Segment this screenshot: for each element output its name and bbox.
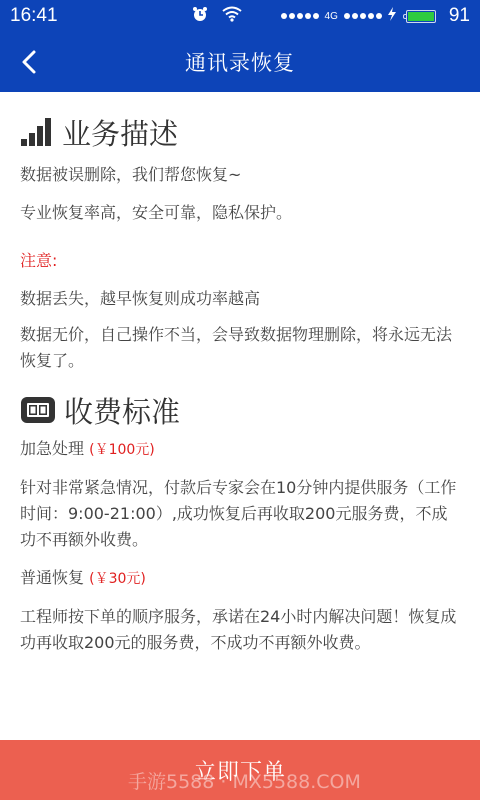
page-title: 通讯录恢复 (185, 47, 295, 77)
plan-name: 普通恢复 (20, 568, 84, 587)
content: 业务描述 数据被误删除，我们帮您恢复~ 专业恢复率高，安全可靠，隐私保护。 注意… (0, 92, 480, 656)
wifi-icon (222, 6, 242, 27)
plan-description: 针对非常紧急情况，付款后专家会在10分钟内提供服务（工作时间：9:00-21:0… (20, 475, 460, 553)
signal-dots-icon (344, 13, 382, 19)
chevron-left-icon (16, 46, 46, 78)
plan-price: (￥100元) (89, 442, 155, 458)
charging-icon (387, 7, 397, 26)
plan-name: 加急处理 (20, 439, 84, 458)
order-now-button[interactable]: 立即下单 (0, 740, 480, 800)
notice-label: 注意: (20, 248, 460, 274)
battery-level: 91 (449, 5, 470, 27)
business-line: 数据被误删除，我们帮您恢复~ (20, 162, 460, 188)
section-title-text: 业务描述 (62, 112, 178, 153)
section-title-business: 业务描述 (20, 110, 460, 154)
card-icon (20, 395, 56, 425)
order-now-label: 立即下单 (194, 755, 286, 786)
notice-line: 数据无价，自己操作不当，会导致数据物理删除，将永远无法恢复了。 (20, 322, 460, 374)
section-title-fees: 收费标准 (20, 388, 460, 432)
status-bar: 16:41 4G 91 (0, 0, 480, 32)
nav-bar: 通讯录恢复 (0, 32, 480, 92)
plan-description: 工程师按下单的顺序服务，承诺在24小时内解决问题！恢复成功再收取200元的服务费… (20, 604, 460, 656)
plan-heading-urgent: 加急处理 (￥100元) (20, 436, 460, 463)
signal-dots-icon (281, 13, 319, 19)
status-time: 16:41 (10, 5, 58, 27)
network-type: 4G (325, 11, 338, 22)
business-line: 专业恢复率高，安全可靠，隐私保护。 (20, 200, 460, 226)
alarm-icon (192, 6, 208, 27)
notice-line: 数据丢失，越早恢复则成功率越高 (20, 286, 460, 312)
plan-heading-normal: 普通恢复 (￥30元) (20, 565, 460, 592)
plan-price: (￥30元) (89, 571, 146, 587)
battery-icon (406, 10, 436, 23)
section-title-text: 收费标准 (64, 390, 180, 431)
signal-bars-icon (20, 117, 54, 147)
back-button[interactable] (16, 46, 46, 78)
